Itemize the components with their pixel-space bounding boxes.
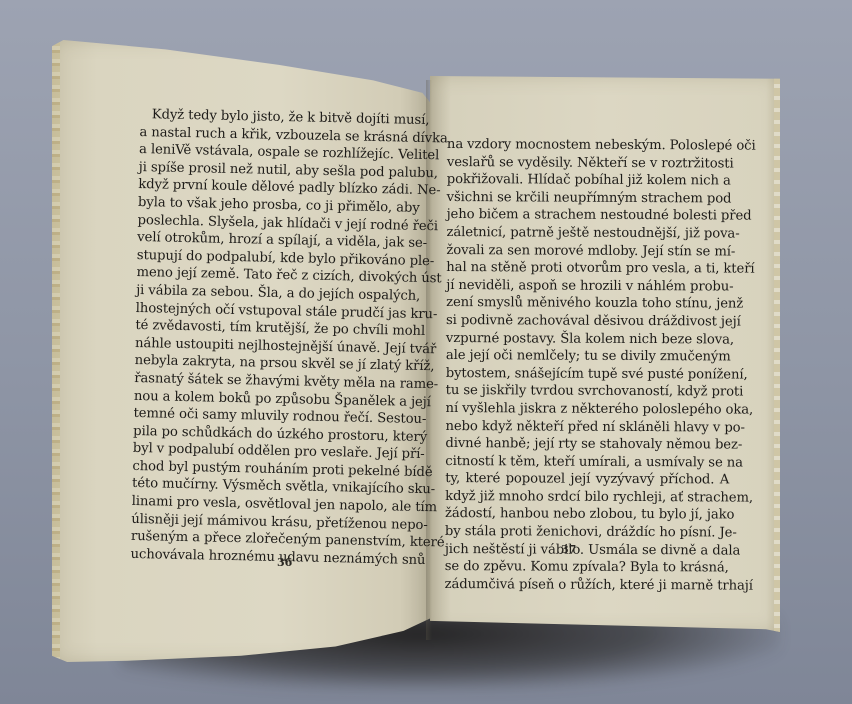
- text-line: citností k těm, kteří umírali, a usmíval…: [445, 453, 729, 472]
- left-page-text: Když tedy bylo jisto, že k bitvě dojíti …: [130, 106, 412, 569]
- text-line: si podivně zachovával děsivou dráždivost…: [446, 312, 730, 331]
- text-line: se do zpěvu. Komu zpívala? Byla to krásn…: [445, 558, 729, 577]
- text-line: nebo když někteří před ní skláněli hlavy…: [445, 417, 729, 436]
- text-line: jí neviděli, aspoň se hrozili v náhlém p…: [446, 277, 730, 296]
- text-line: zení smyslů měnivého kouzla toho stínu, …: [446, 294, 730, 313]
- text-line: jeho bičem a strachem nestoudné bolesti …: [447, 206, 731, 225]
- text-line: záletnicí, patrně ještě nestoudnější, ji…: [446, 224, 730, 243]
- text-line: bytostem, snášejícím tupě své pusté poní…: [446, 365, 730, 384]
- text-line: žádostí, hanbou nebo zlobou, tu bylo jí,…: [445, 505, 729, 524]
- text-line: veslařů se vyděsily. Někteří se v roztrž…: [447, 154, 731, 173]
- text-line: tu se jiskřily tvrdou svrchovaností, kdy…: [446, 382, 730, 401]
- text-line: když již mnoho srdcí bilo rychleji, ať s…: [445, 488, 729, 507]
- right-page-text: na vzdory mocnostem nebeským. Poloslepé …: [445, 136, 731, 595]
- text-line: všichni se krčili neupřímným strachem po…: [447, 189, 731, 208]
- right-page-number: 37: [561, 543, 576, 556]
- left-page-number: 36: [277, 556, 292, 569]
- text-line: ale její oči nemlčely; tu se divily zmuč…: [446, 347, 730, 366]
- text-line: hal na stěně proti otvorům pro vesla, a …: [446, 259, 730, 278]
- text-line: divné hanbě; její rty se stahovaly němou…: [445, 435, 729, 454]
- text-line: na vzdory mocnostem nebeským. Poloslepé …: [447, 136, 731, 155]
- text-line: zádumčivá píseň o růžích, které ji marně…: [445, 576, 729, 595]
- text-line: ty, které popouzel její vyzývavý příchod…: [445, 470, 729, 489]
- text-line: jich neštěstí ji vábilo. Usmála se divně…: [445, 541, 729, 560]
- text-line: vzpurné postavy. Šla kolem nich beze slo…: [446, 330, 730, 349]
- text-line: ní vyšlehla jiskra z některého poloslepé…: [446, 400, 730, 419]
- text-line: by stála proti ženichovi, dráždíc ho pís…: [445, 523, 729, 542]
- text-line: pokřižovali. Hlídač pobíhal již kolem ni…: [447, 171, 731, 190]
- text-line: žovali za sen morové mdloby. Její stín s…: [446, 242, 730, 261]
